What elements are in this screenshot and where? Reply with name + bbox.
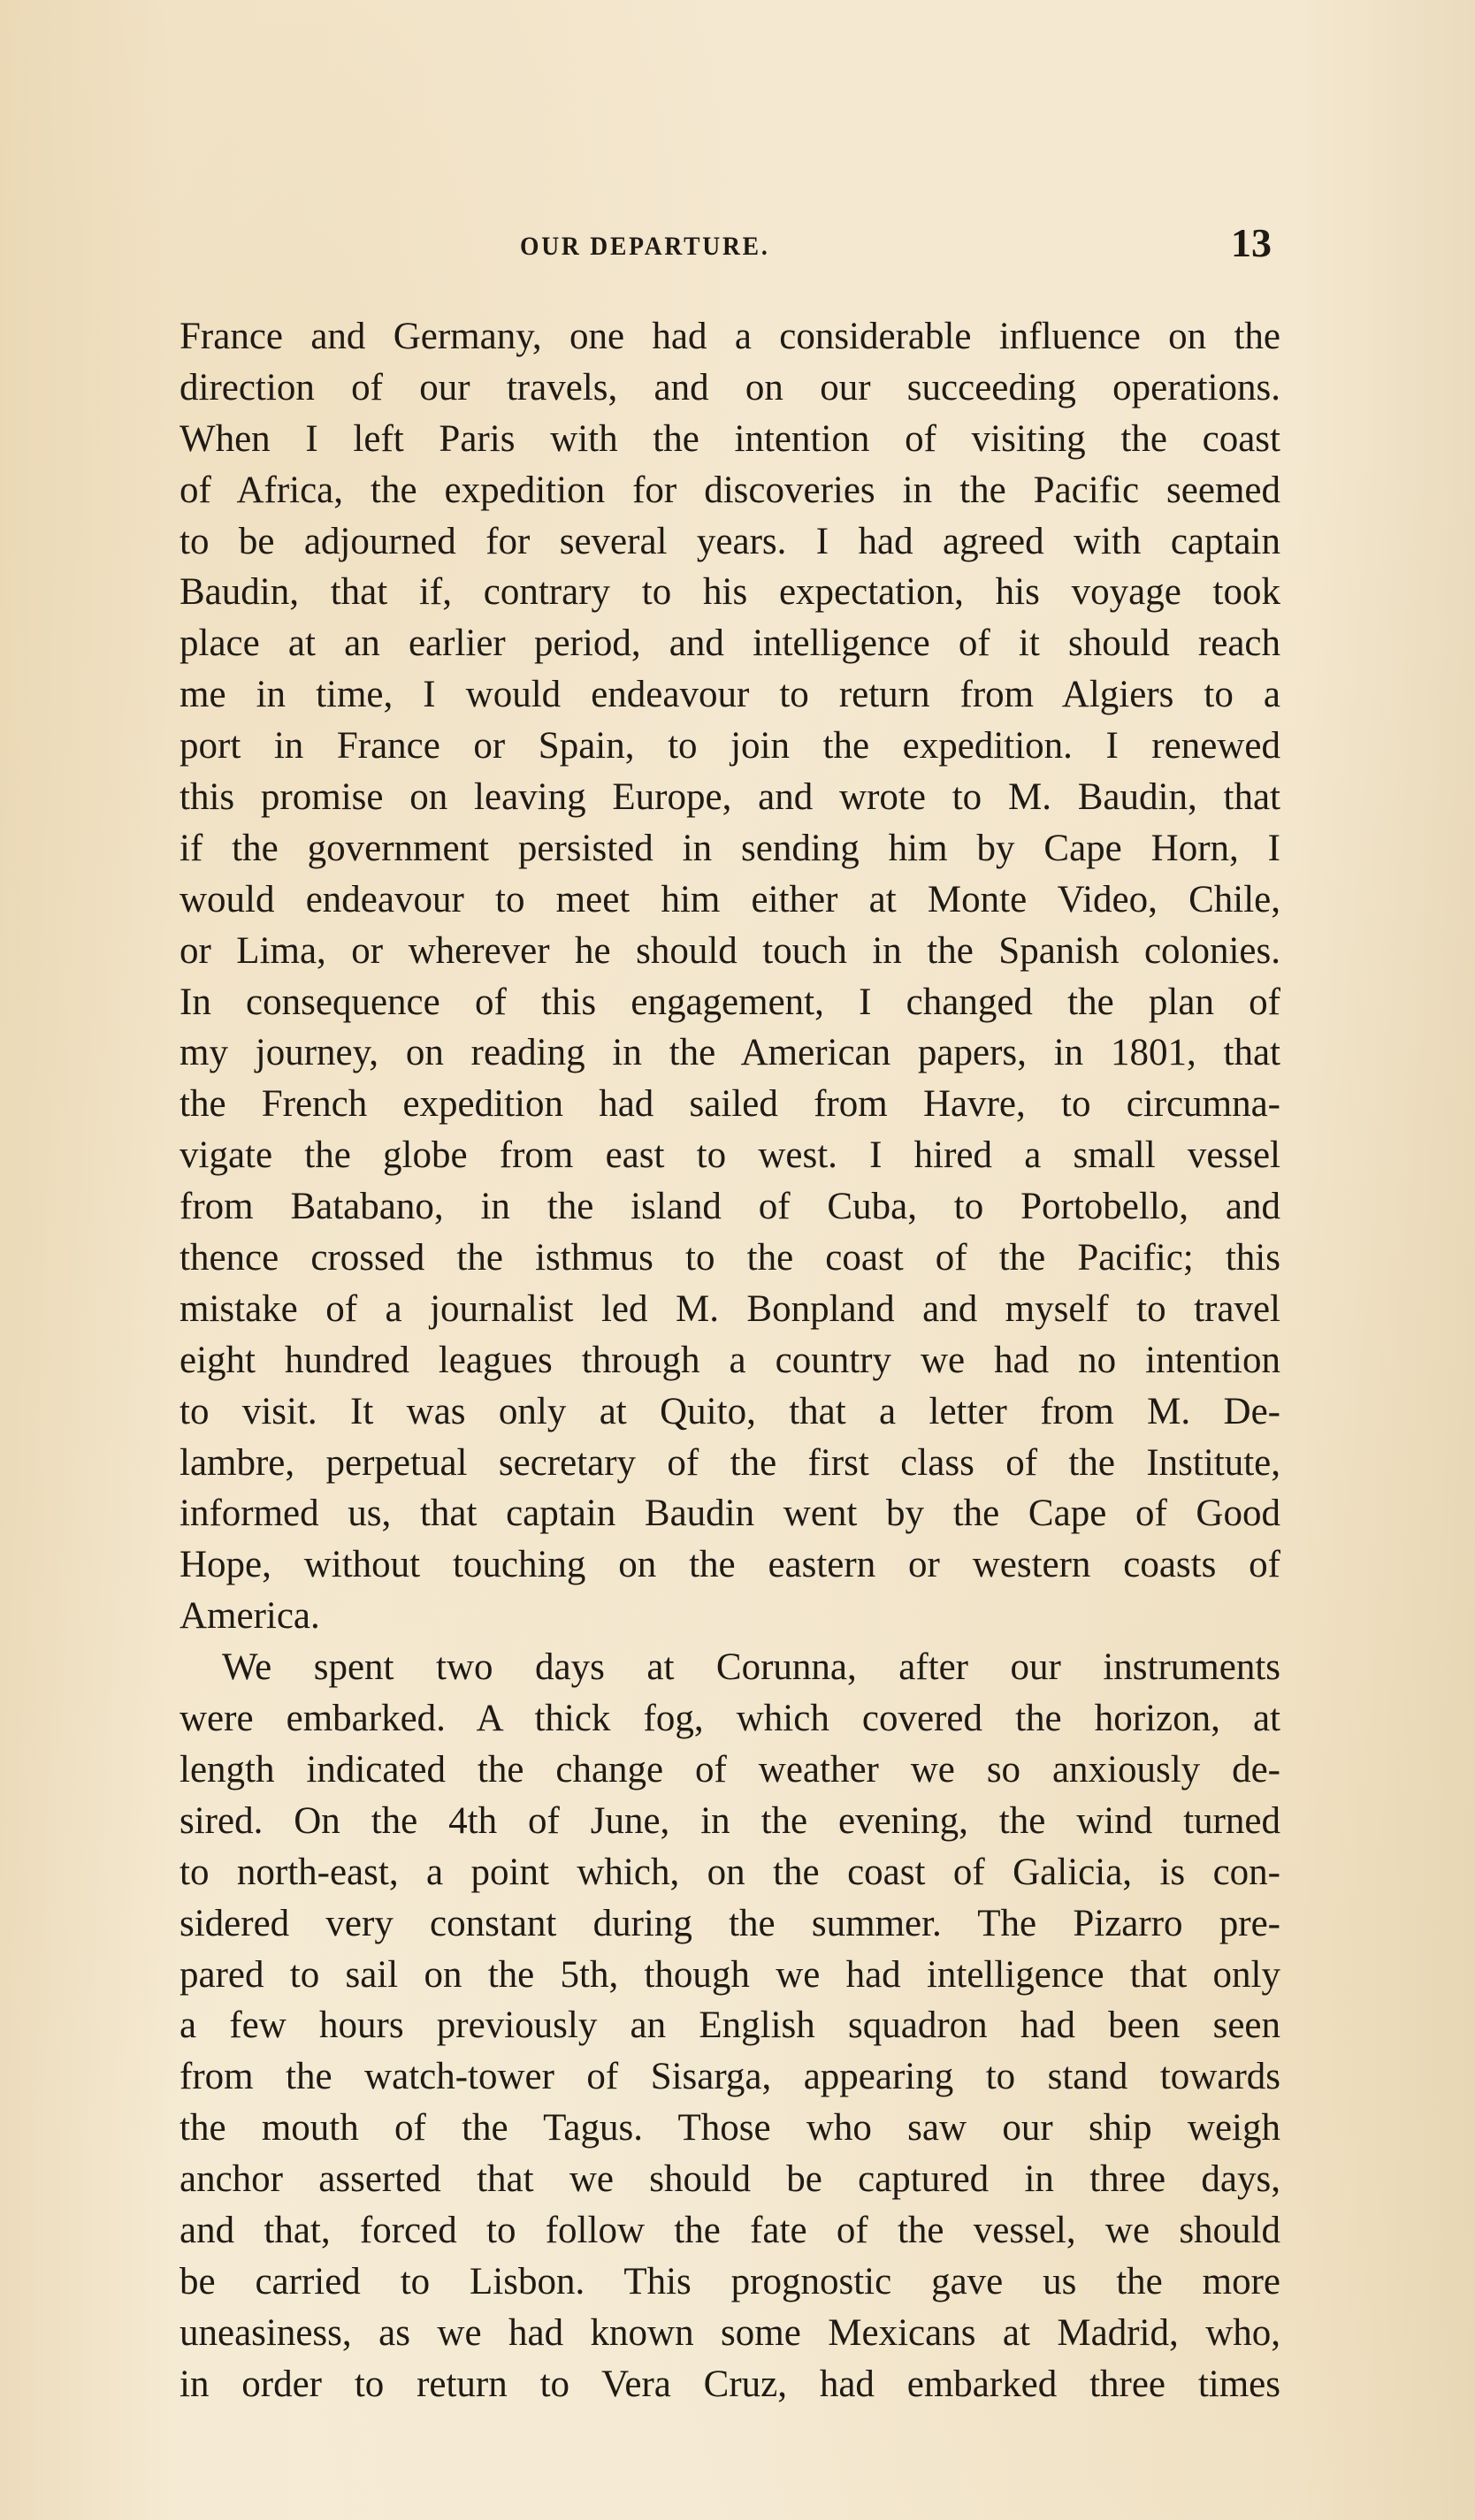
text-line: a few hours previously an English squadr… (180, 2000, 1280, 2051)
text-line: port in France or Spain, to join the exp… (180, 721, 1280, 772)
text-line: Baudin, that if, contrary to his expecta… (180, 567, 1280, 618)
text-line: pared to sail on the 5th, though we had … (180, 1950, 1280, 2001)
text-line: When I left Paris with the intention of … (180, 414, 1280, 465)
text-line: Hope, without touching on the eastern or… (180, 1539, 1280, 1591)
text-line: sired. On the 4th of June, in the evenin… (180, 1796, 1280, 1847)
text-line: were embarked. A thick fog, which covere… (180, 1693, 1280, 1745)
text-line: uneasiness, as we had known some Mexican… (180, 2308, 1280, 2359)
text-line: would endeavour to meet him either at Mo… (180, 874, 1280, 926)
text-line: America. (180, 1591, 1280, 1642)
page-number: 13 (1231, 219, 1272, 266)
text-line: informed us, that captain Baudin went by… (180, 1488, 1280, 1539)
text-line: thence crossed the isthmus to the coast … (180, 1233, 1280, 1284)
text-line: length indicated the change of weather w… (180, 1745, 1280, 1796)
text-line: my journey, on reading in the American p… (180, 1027, 1280, 1079)
text-line: the French expedition had sailed from Ha… (180, 1079, 1280, 1130)
text-line: from Batabano, in the island of Cuba, to… (180, 1181, 1280, 1233)
text-line: in order to return to Vera Cruz, had emb… (180, 2359, 1280, 2410)
text-line: We spent two days at Corunna, after our … (180, 1642, 1280, 1693)
body-text: France and Germany, one had a considerab… (180, 311, 1280, 2410)
text-line: of Africa, the expedition for discoverie… (180, 465, 1280, 516)
running-header: OUR DEPARTURE. 13 (180, 223, 1280, 276)
text-line: be carried to Lisbon. This prognostic ga… (180, 2257, 1280, 2308)
text-line: vigate the globe from east to west. I hi… (180, 1130, 1280, 1181)
text-line: direction of our travels, and on our suc… (180, 363, 1280, 414)
text-line: anchor asserted that we should be captur… (180, 2154, 1280, 2205)
text-line: to be adjourned for several years. I had… (180, 516, 1280, 568)
text-line: from the watch-tower of Sisarga, appeari… (180, 2051, 1280, 2103)
text-line: France and Germany, one had a considerab… (180, 311, 1280, 363)
text-line: eight hundred leagues through a country … (180, 1335, 1280, 1386)
text-line: this promise on leaving Europe, and wrot… (180, 772, 1280, 823)
paragraph-2: We spent two days at Corunna, after our … (180, 1642, 1280, 2409)
running-title: OUR DEPARTURE. (520, 232, 770, 262)
text-line: In consequence of this engagement, I cha… (180, 977, 1280, 1028)
text-line: me in time, I would endeavour to return … (180, 669, 1280, 721)
text-line: if the government persisted in sending h… (180, 823, 1280, 874)
text-line: and that, forced to follow the fate of t… (180, 2205, 1280, 2257)
text-line: sidered very constant during the summer.… (180, 1898, 1280, 1950)
text-line: or Lima, or wherever he should touch in … (180, 926, 1280, 977)
text-line: mistake of a journalist led M. Bonpland … (180, 1284, 1280, 1335)
text-line: place at an earlier period, and intellig… (180, 618, 1280, 669)
text-line: lambre, perpetual secretary of the first… (180, 1438, 1280, 1489)
text-line: the mouth of the Tagus. Those who saw ou… (180, 2103, 1280, 2154)
text-line: to north-east, a point which, on the coa… (180, 1847, 1280, 1898)
paragraph-1: France and Germany, one had a considerab… (180, 311, 1280, 1642)
text-line: to visit. It was only at Quito, that a l… (180, 1386, 1280, 1438)
book-page: OUR DEPARTURE. 13 France and Germany, on… (0, 0, 1475, 2520)
